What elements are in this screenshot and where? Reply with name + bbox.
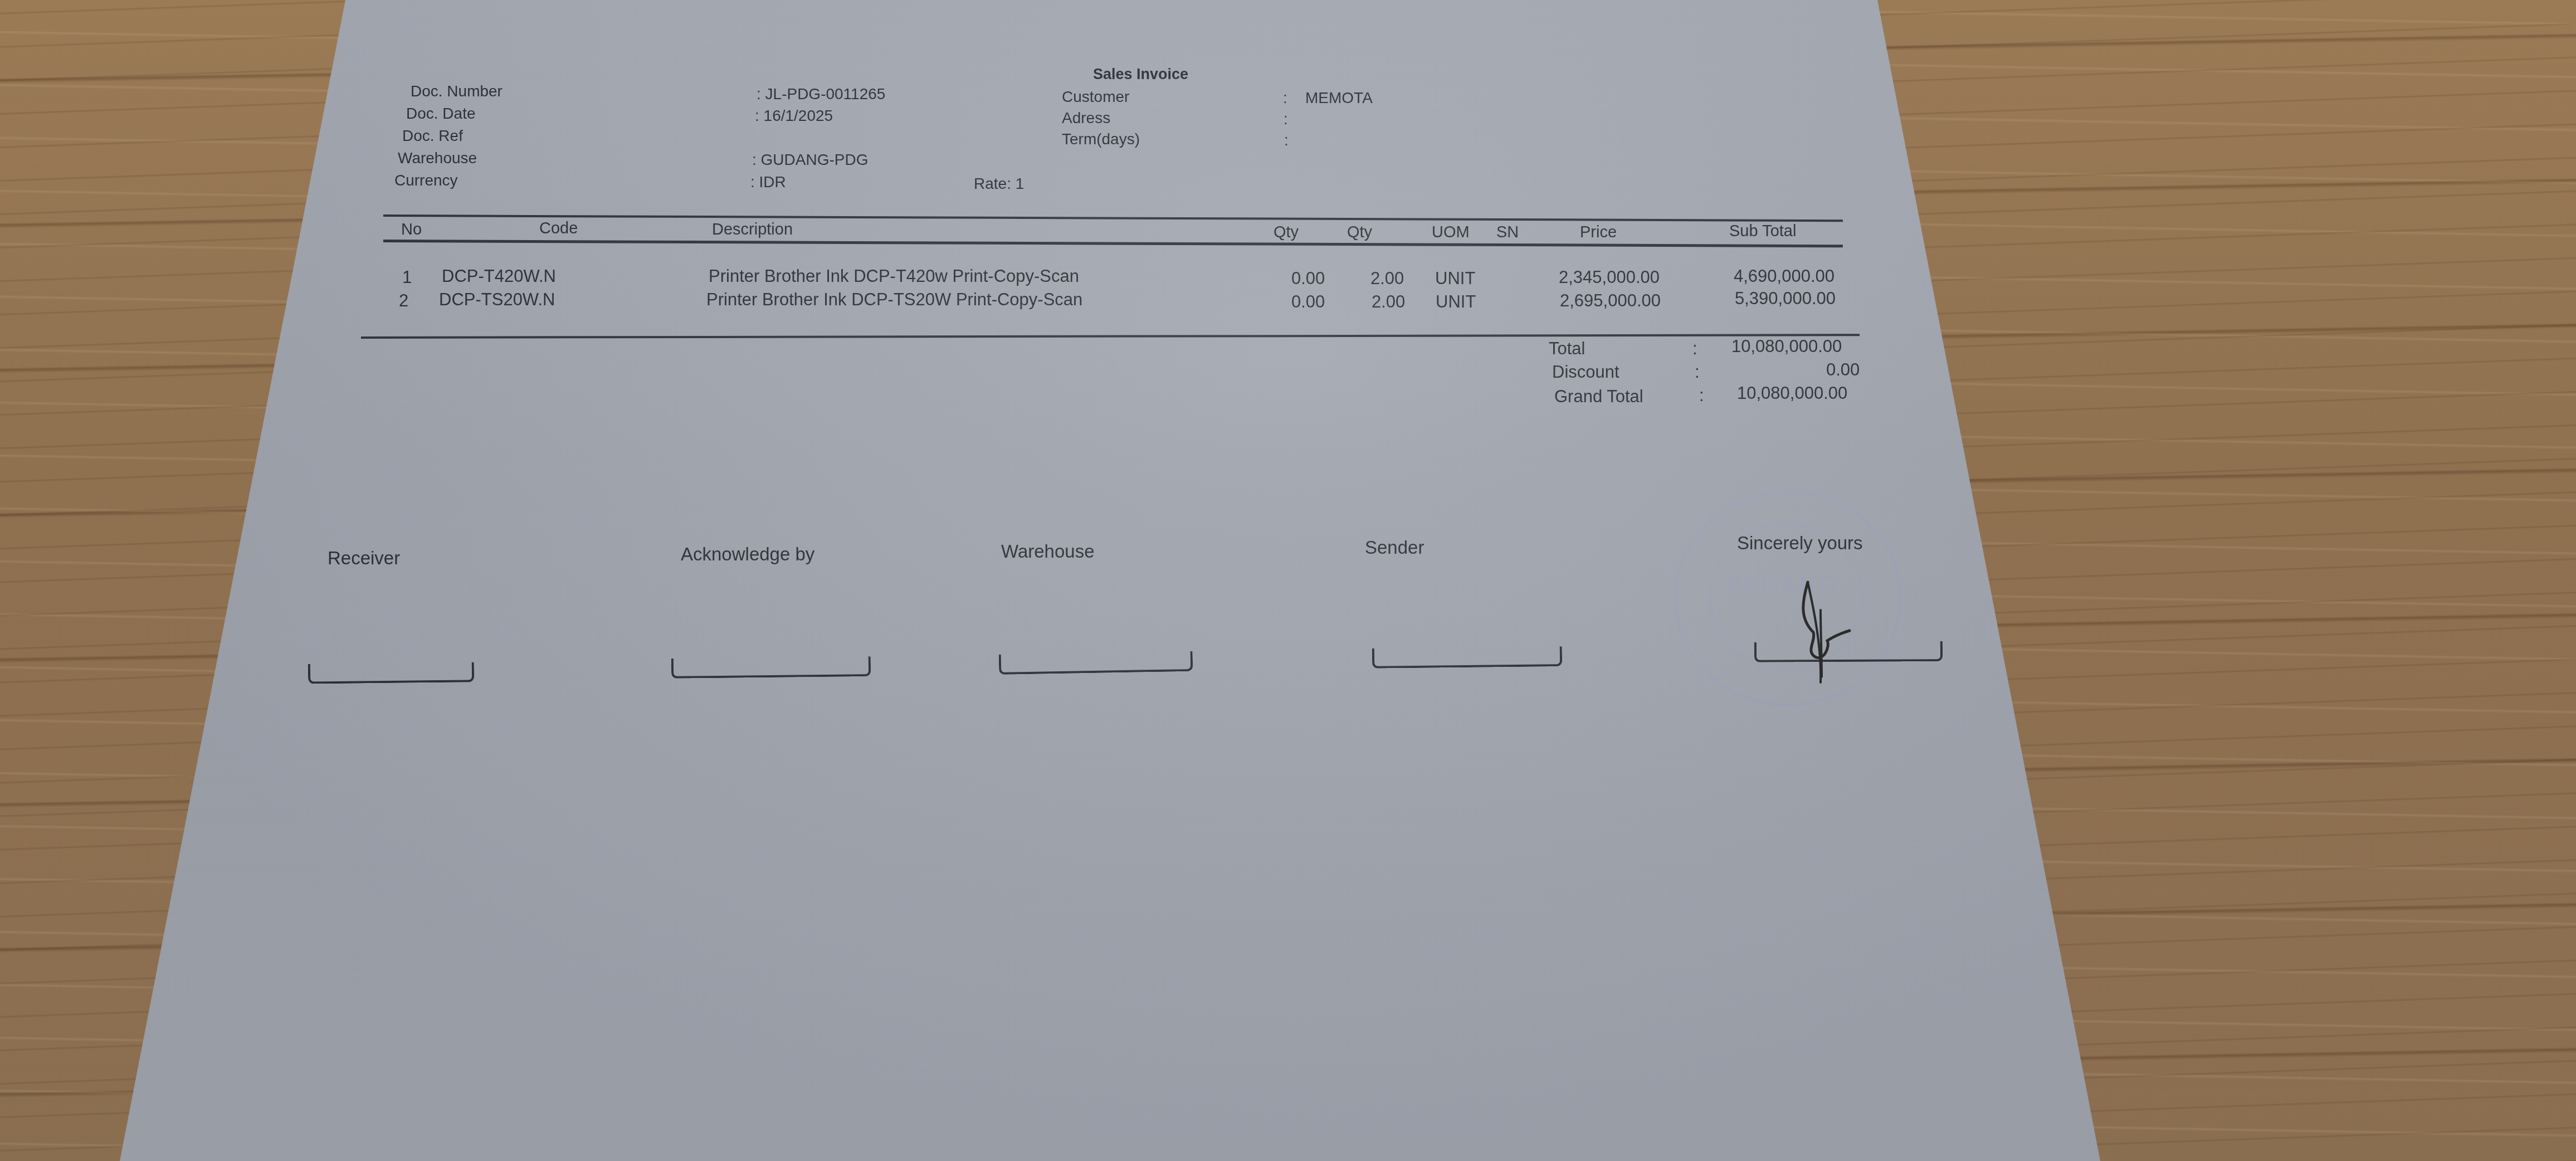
row-qty-2: 2.00	[1372, 293, 1405, 310]
stamp-text: PADANG	[1726, 573, 1840, 599]
signature-label-warehouse: Warehouse	[1001, 542, 1095, 560]
row-qty-1: 0.00	[1291, 270, 1325, 287]
doc-number-label: Doc. Number	[411, 84, 502, 99]
invoice-title: Sales Invoice	[1093, 67, 1188, 82]
warehouse-label: Warehouse	[398, 150, 477, 166]
row-description: Printer Brother Ink DCP-T420w Print-Copy…	[709, 267, 1079, 285]
signature-line-sender	[1372, 646, 1562, 669]
warehouse-value: : GUDANG-PDG	[752, 152, 868, 168]
row-code: DCP-TS20W.N	[439, 291, 555, 308]
row-no: 2	[399, 292, 408, 309]
row-price: 2,695,000.00	[1560, 292, 1661, 309]
handwritten-signature	[1783, 579, 1872, 685]
signature-label-sincerely: Sincerely yours	[1737, 534, 1863, 552]
stamp-inner-ring	[1710, 523, 1863, 671]
doc-date-label: Doc. Date	[406, 106, 476, 121]
term-label: Term(days)	[1062, 131, 1140, 147]
discount-sep: :	[1695, 363, 1700, 381]
table-top-rule	[383, 214, 1843, 222]
discount-label: Discount	[1552, 363, 1619, 381]
row-uom: UNIT	[1436, 293, 1476, 310]
customer-value: MEMOTA	[1305, 90, 1373, 106]
row-qty-1: 0.00	[1291, 293, 1325, 310]
row-code: DCP-T420W.N	[442, 267, 556, 285]
row-subtotal: 4,690,000.00	[1734, 267, 1835, 285]
grand-total-sep: :	[1699, 387, 1704, 404]
row-no: 1	[402, 269, 412, 286]
signature-label-acknowledge: Acknowledge by	[681, 545, 814, 563]
customer-label: Customer	[1062, 89, 1129, 105]
col-qty-1: Qty	[1274, 225, 1299, 241]
doc-date-value: : 16/1/2025	[755, 108, 833, 124]
signature-line-receiver	[308, 662, 474, 684]
signature-line-sincerely	[1754, 641, 1943, 662]
total-sep: :	[1692, 340, 1697, 357]
col-no: No	[401, 222, 422, 238]
address-label: Adress	[1062, 110, 1110, 126]
total-value: 10,080,000.00	[1731, 338, 1842, 355]
rate-value: Rate: 1	[974, 176, 1024, 192]
col-code: Code	[539, 221, 578, 237]
doc-ref-label: Doc. Ref	[402, 128, 463, 144]
discount-value: 0.00	[1826, 361, 1860, 378]
table-header-rule	[383, 240, 1843, 247]
row-qty-2: 2.00	[1370, 270, 1404, 287]
col-sn: SN	[1496, 225, 1519, 241]
grand-total-value: 10,080,000.00	[1737, 384, 1847, 402]
col-uom: UOM	[1432, 225, 1470, 241]
term-sep: :	[1284, 133, 1289, 148]
currency-value: : IDR	[750, 174, 786, 190]
row-uom: UNIT	[1435, 270, 1475, 287]
row-description: Printer Brother Ink DCP-TS20W Print-Copy…	[706, 291, 1082, 308]
signature-line-acknowledge	[671, 656, 871, 679]
currency-label: Currency	[394, 173, 458, 188]
col-subtotal: Sub Total	[1729, 223, 1796, 240]
signature-label-receiver: Receiver	[328, 549, 400, 567]
signature-label-sender: Sender	[1365, 538, 1424, 557]
row-price: 2,345,000.00	[1559, 269, 1660, 286]
col-price: Price	[1580, 225, 1617, 241]
row-subtotal: 5,390,000.00	[1735, 290, 1836, 307]
customer-sep: :	[1283, 90, 1287, 106]
address-sep: :	[1284, 111, 1288, 127]
table-bottom-rule	[361, 334, 1860, 339]
doc-number-value: : JL-PDG-0011265	[757, 86, 885, 102]
signature-line-warehouse	[999, 651, 1193, 675]
col-qty-2: Qty	[1347, 225, 1372, 241]
col-description: Description	[712, 222, 793, 238]
company-stamp: PADANG	[1674, 490, 1901, 706]
total-label: Total	[1549, 340, 1585, 357]
grand-total-label: Grand Total	[1554, 388, 1643, 405]
